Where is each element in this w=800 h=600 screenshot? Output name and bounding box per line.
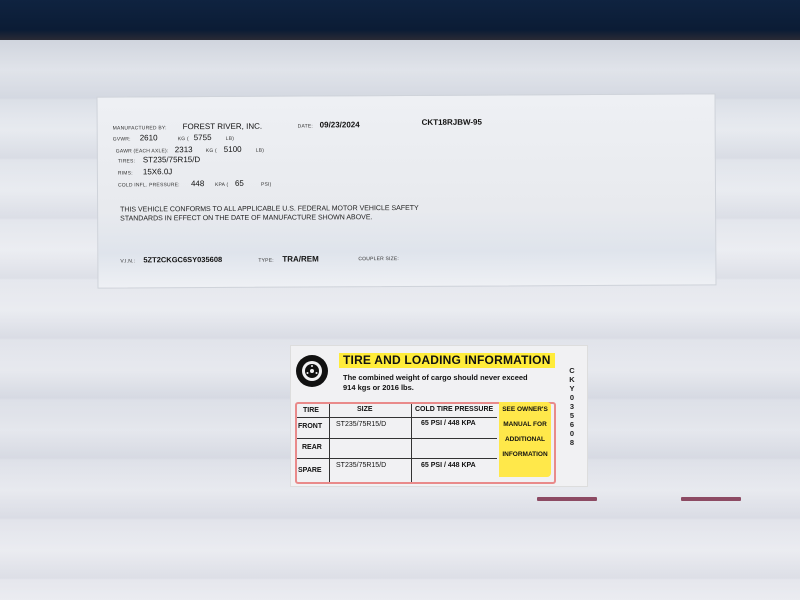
row-front-tire: FRONT [298, 423, 322, 430]
date-label: DATE: [298, 123, 313, 129]
tire-loading-title: TIRE AND LOADING INFORMATION [339, 353, 555, 368]
gawr-lb: 5100 [224, 145, 242, 154]
row-rear-tire: REAR [302, 444, 322, 451]
type: TRA/REM [282, 254, 318, 263]
kg-label: KG ( [178, 136, 189, 142]
vertical-serial: CKY035608 [568, 366, 576, 447]
gvwr-lb: 5755 [194, 133, 212, 142]
see-owners-line-3: ADDITIONAL [499, 432, 551, 447]
model-code: CKT18RJBW-95 [422, 118, 482, 127]
row-spare-pressure: 65 PSI / 448 KPA [421, 462, 476, 469]
header-cold-tire-pressure: COLD TIRE PRESSURE [415, 406, 493, 413]
decal-stripe-left [537, 497, 597, 501]
manufacturer: FOREST RIVER, INC. [183, 122, 262, 131]
vin: 5ZT2CKGC6SY035608 [143, 255, 222, 264]
cold-pressure-kpa: 448 [191, 179, 204, 188]
see-owners-line-1: SEE OWNER'S [499, 402, 551, 417]
type-label: TYPE: [258, 258, 273, 264]
rims-label: RIMS: [118, 170, 133, 176]
gawr-kg: 2313 [175, 145, 193, 154]
row-front-pressure: 65 PSI / 448 KPA [421, 420, 476, 427]
decal-stripe-right [681, 497, 741, 501]
see-owners-line-2: MANUAL FOR [499, 417, 551, 432]
cargo-warning: The combined weight of cargo should neve… [343, 373, 563, 393]
row-spare-size: ST235/75R15/D [336, 462, 386, 469]
kpa-label: KPA ( [215, 182, 228, 188]
vin-label: V.I.N.: [120, 258, 135, 264]
dark-trim-band [0, 0, 800, 40]
conformity-line-2: STANDARDS IN EFFECT ON THE DATE OF MANUF… [120, 213, 372, 223]
row-spare-tire: SPARE [298, 467, 322, 474]
tires-label: TIRES: [118, 158, 135, 164]
header-tire: TIRE [303, 407, 319, 414]
date: 09/23/2024 [320, 120, 360, 129]
header-size: SIZE [357, 406, 373, 413]
lb-label: LB) [226, 136, 234, 142]
rims-value: 15X6.0J [143, 167, 172, 176]
see-owners-line-4: INFORMATION [499, 447, 551, 462]
kg-label-2: KG ( [206, 148, 217, 154]
see-owners-manual-box: SEE OWNER'S MANUAL FOR ADDITIONAL INFORM… [499, 402, 551, 477]
tire-loading-label: TIRE AND LOADING INFORMATION The combine… [290, 345, 588, 487]
cold-pressure-label: COLD INFL. PRESSURE: [118, 182, 180, 188]
tire-icon [295, 354, 329, 388]
gvwr-label: GVWR: [113, 136, 131, 142]
psi-label: PSI) [261, 182, 272, 188]
manufactured-by-label: MANUFACTURED BY: [113, 125, 167, 131]
cold-pressure-psi: 65 [235, 179, 244, 188]
row-front-size: ST235/75R15/D [336, 421, 386, 428]
gvwr-kg: 2610 [140, 133, 158, 142]
cargo-warning-line-2: 914 kgs or 2016 lbs. [343, 383, 563, 393]
cargo-warning-line-1: The combined weight of cargo should neve… [343, 373, 563, 383]
gawr-label: GAWR (EACH AXLE): [116, 148, 169, 154]
tires-value: ST235/75R15/D [143, 155, 200, 164]
certification-label: MANUFACTURED BY: FOREST RIVER, INC. DATE… [97, 93, 717, 288]
coupler-size-label: COUPLER SIZE: [358, 256, 399, 262]
lb-label-2: LB) [256, 148, 264, 154]
